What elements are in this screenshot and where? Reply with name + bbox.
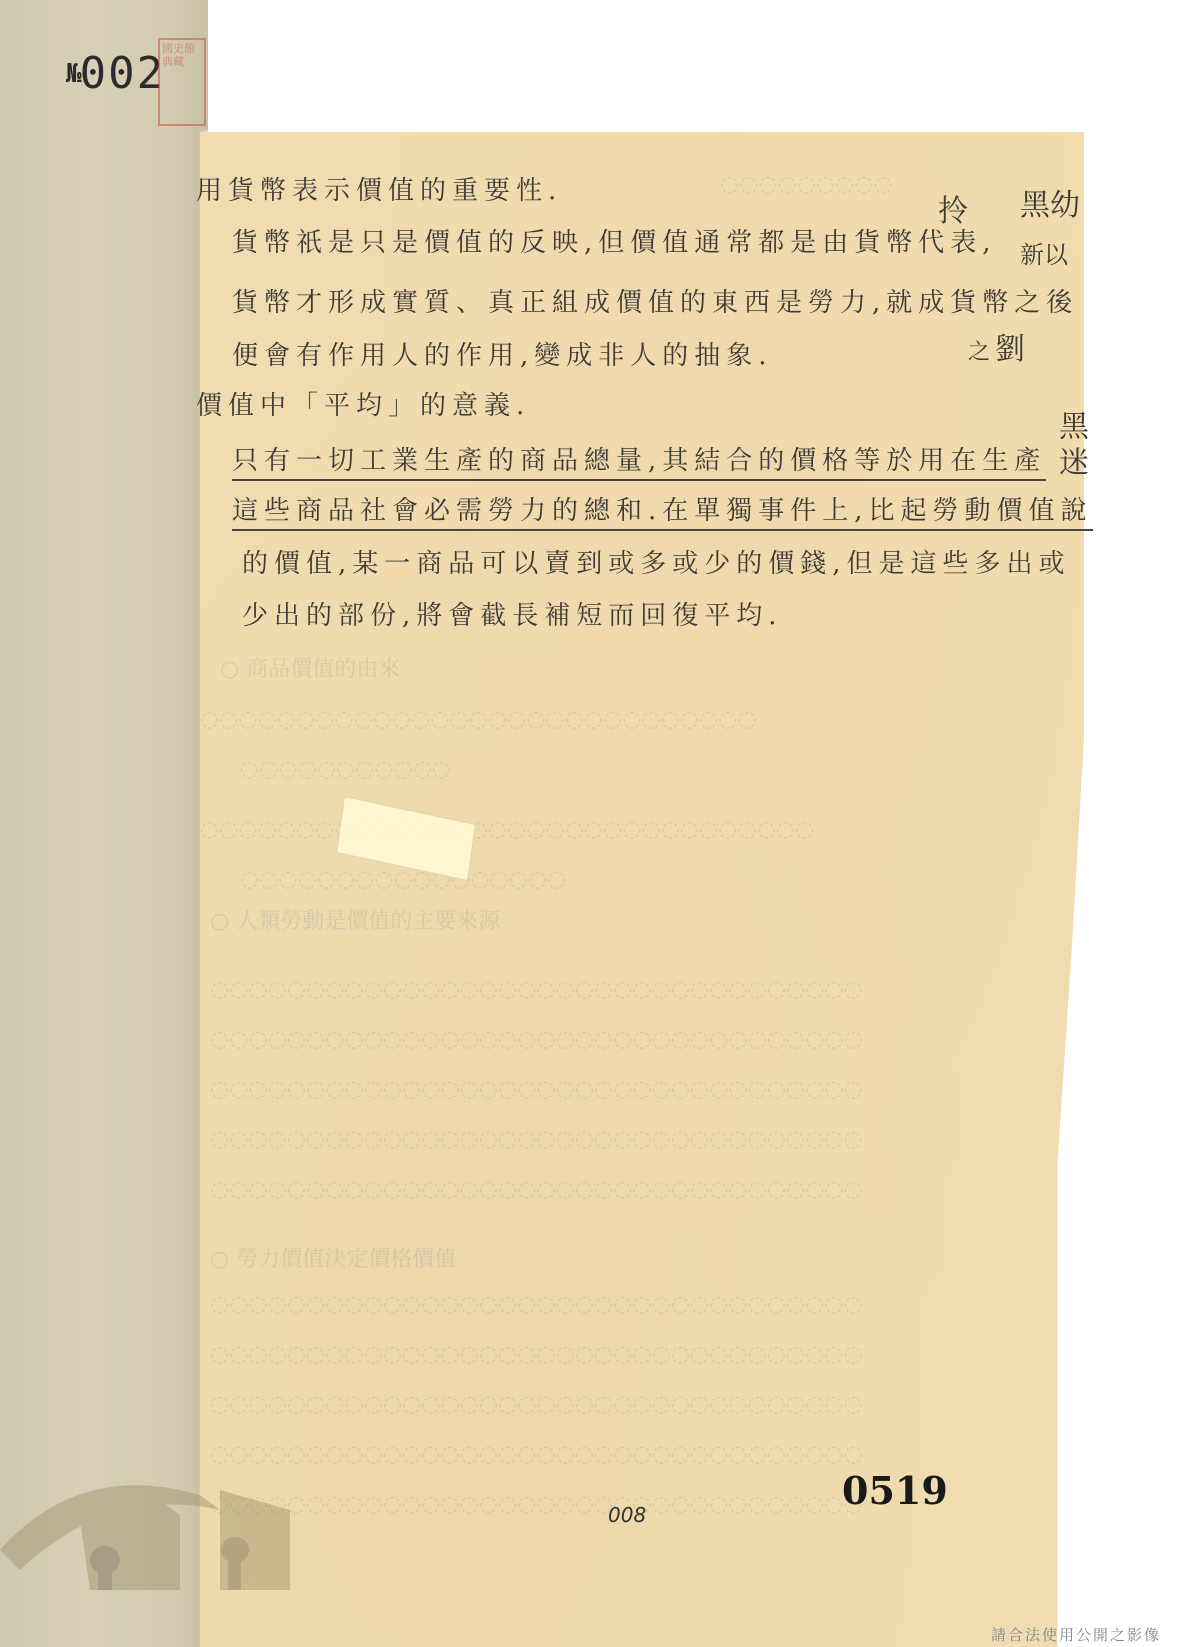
handwritten-line-underlined: 這些商品社會必需勞力的總和.在單獨事件上,比起勞動價值說 [232, 490, 1093, 531]
bleed-through-text: ◌◌◌◌◌◌◌◌◌◌◌◌◌◌◌◌◌◌◌◌◌◌◌◌◌◌◌◌◌◌◌◌◌◌ [210, 1342, 863, 1367]
handwritten-line: 便會有作用人的作用,變成非人的抽象. [232, 335, 773, 372]
insertion-mark: 之 [968, 335, 990, 366]
page-number-stamp: 0519 [842, 1468, 948, 1513]
handwritten-line: 貨幣祇是只是價值的反映,但價值通常都是由貨幣代表, [232, 222, 997, 259]
bleed-through-text: ◌◌◌◌◌◌◌◌◌◌◌◌◌◌◌◌◌◌◌◌◌◌◌◌◌◌◌◌◌◌◌◌◌◌ [210, 1077, 863, 1102]
bleed-through-text: ◌◌◌◌◌◌◌◌◌◌◌◌◌◌◌◌◌◌◌◌◌◌◌◌◌◌◌◌◌◌◌◌◌◌ [210, 1292, 863, 1317]
bleed-through-text: ◌◌◌◌◌◌◌◌◌◌◌◌◌◌◌◌◌◌◌◌◌◌◌◌◌◌◌◌◌◌◌◌◌◌ [210, 1177, 863, 1202]
handwritten-line: 的價值,某一商品可以賣到或多或少的價錢,但是這些多出或 [242, 543, 1071, 580]
bleed-through-text: ◌◌◌◌◌◌◌◌◌ [720, 172, 893, 197]
handwritten-line: 少出的部份,將會截長補短而回復平均. [242, 595, 783, 632]
archive-folder-cover [0, 0, 208, 1647]
bleed-through-heading: ○ 勞力價值決定價格價值 [210, 1242, 456, 1273]
margin-note: 劉 [995, 324, 1025, 368]
handwritten-line: 貨幣才形成實質、真正組成價值的東西是勞力,就成貨幣之後 [232, 282, 1078, 319]
bleed-through-heading: ○ 商品價值的由來 [220, 652, 400, 683]
bleed-through-text: ◌◌◌◌◌◌◌◌◌◌◌◌◌◌◌◌◌ [240, 867, 566, 892]
margin-note: 新以 [1020, 235, 1068, 270]
margin-note-vertical: 黑迷 [1048, 410, 1092, 482]
bleed-through-text: ◌◌◌◌◌◌◌◌◌◌◌◌◌◌◌◌◌◌◌◌◌◌◌◌◌◌◌◌◌◌◌◌◌◌ [210, 1442, 863, 1467]
file-number: №002 [66, 48, 165, 99]
margin-note: 拎 [938, 186, 968, 230]
handwritten-heading: 用貨幣表示價值的重要性. [196, 170, 562, 207]
bleed-through-text: ◌◌◌◌◌◌◌◌◌◌◌◌◌◌◌◌◌◌◌◌◌◌◌◌◌◌◌◌◌◌◌◌◌◌ [210, 977, 863, 1002]
bleed-through-text: ◌◌◌◌◌◌◌◌◌◌◌◌◌◌◌◌◌◌◌◌◌◌◌◌◌◌◌◌◌◌◌◌◌◌ [210, 1127, 863, 1152]
bleed-through-text: ◌◌◌◌◌◌◌◌◌◌◌◌◌◌◌◌◌◌◌◌◌◌◌◌◌◌◌◌◌◌◌◌◌◌ [210, 1392, 863, 1417]
margin-note: 黑幼 [1020, 180, 1080, 224]
usage-watermark: 請合法使用公開之影像 [991, 1624, 1161, 1645]
bleed-through-heading: ○ 人類勞動是價值的主要來源 [210, 904, 500, 935]
handwritten-line-underlined: 只有一切工業生產的商品總量,其結合的價格等於用在生產 [232, 440, 1046, 481]
red-seal-stamp: 國史館典藏 [158, 38, 206, 126]
handwritten-heading: 價值中「平均」的意義. [196, 385, 530, 422]
bleed-through-text: ◌◌◌◌◌◌◌◌◌◌◌◌◌◌◌◌◌◌◌◌◌◌◌◌◌◌◌◌◌ [200, 707, 757, 732]
file-number-prefix: № [66, 59, 80, 89]
pencil-number: 008 [608, 1503, 646, 1527]
bleed-through-text: ◌◌◌◌◌◌◌◌◌◌◌ [240, 757, 451, 782]
bleed-through-text: ◌◌◌◌◌◌◌◌◌◌◌◌◌◌◌◌◌◌◌◌◌◌◌◌◌◌◌◌◌◌◌◌◌◌ [210, 1492, 863, 1517]
file-number-value: 002 [80, 48, 165, 99]
bleed-through-text: ◌◌◌◌◌◌◌◌◌◌◌◌◌◌◌◌◌◌◌◌◌◌◌◌◌◌◌◌◌◌◌◌ [200, 817, 814, 842]
archive-logo-icon [0, 1440, 300, 1590]
bleed-through-text: ◌◌◌◌◌◌◌◌◌◌◌◌◌◌◌◌◌◌◌◌◌◌◌◌◌◌◌◌◌◌◌◌◌◌ [210, 1027, 863, 1052]
